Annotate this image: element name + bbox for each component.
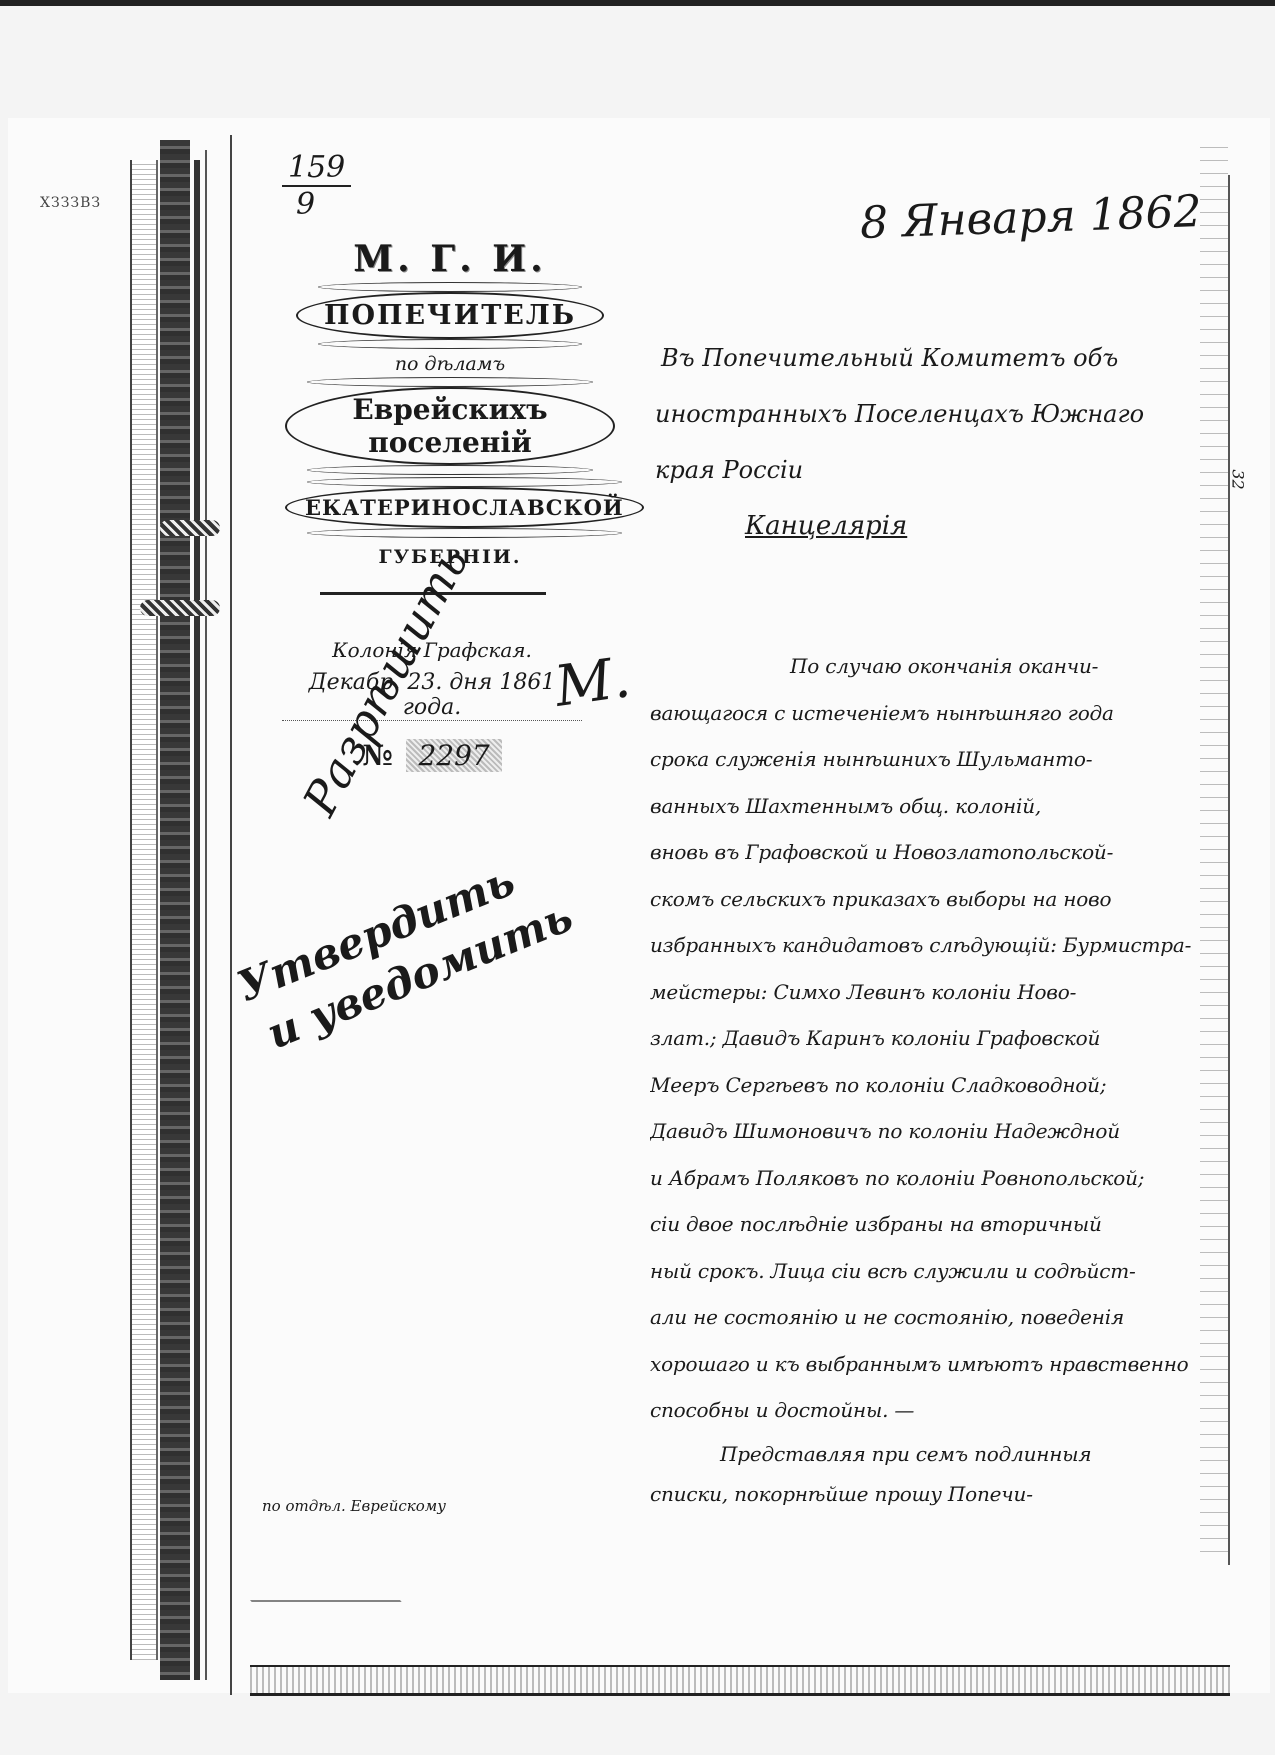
number-value: 2297 (406, 739, 501, 772)
body-line: ный срокъ. Лица сіи всѣ служили и содѣйс… (650, 1248, 1215, 1295)
binding-edge (194, 160, 200, 1680)
margin-initials: М. (551, 645, 634, 720)
letterhead-monogram: М. Г. И. (285, 238, 615, 280)
letterhead-ribbon: ЕКАТЕРИНОСЛАВСКОЙ (285, 487, 644, 528)
origin-date: Декабр. 23. дня 1861 года. (282, 670, 582, 721)
archive-number: 159 (282, 150, 351, 187)
body-line: избранныхъ кандидатовъ слѣдующій: Бурмис… (650, 922, 1215, 969)
page-right-edge (1228, 175, 1230, 1565)
letterhead-line-3: Еврейскихъ поселеній (352, 393, 547, 459)
letterhead-line-2: по дѣламъ (285, 353, 615, 375)
body-line: али не состоянію и не состоянію, поведен… (650, 1294, 1215, 1341)
body-line: скомъ сельскихъ приказахъ выборы на ново (650, 876, 1215, 923)
body-line: сіи двое послѣдніе избраны на вторичный (650, 1201, 1215, 1248)
addressee-line: Въ Попечительный Комитетъ объ (655, 330, 1215, 386)
printed-letterhead: М. Г. И. ПОПЕЧИТЕЛЬ по дѣламъ Еврейскихъ… (285, 238, 615, 568)
letterhead-title: ПОПЕЧИТЕЛЬ (324, 300, 576, 331)
body-line: вновь въ Графовской и Новозлатопольской- (650, 829, 1215, 876)
addressee-line: Канцелярія (655, 498, 1215, 554)
letter-body: По случаю окончанія оканчи- вающагося с … (650, 643, 1215, 1514)
page-bottom-edge (250, 1665, 1230, 1696)
body-line: Представляя при семъ подлинныя (650, 1434, 1215, 1474)
addressee-block: Въ Попечительный Комитетъ объ иностранны… (655, 330, 1215, 554)
body-line: вающагося с истеченіемъ нынѣшняго года (650, 690, 1215, 737)
body-line: хорошаго и къ выбраннымъ имѣютъ нравстве… (650, 1341, 1215, 1388)
archive-sub-number: 9 (282, 187, 351, 222)
addressee-line: иностранныхъ Поселенцахъ Южнаго (655, 386, 1215, 442)
body-line: По случаю окончанія оканчи- (650, 643, 1215, 690)
letterhead-ribbon: Еврейскихъ поселеній (285, 387, 615, 465)
left-margin-stamp: ХЗЗЗВЗ (40, 195, 101, 211)
body-line: срока служенія нынѣшнихъ Шульманто- (650, 736, 1215, 783)
body-line: Давидъ Шимоновичъ по колоніи Надеждной (650, 1108, 1215, 1155)
binding-thread (140, 600, 220, 616)
body-line: способны и достойны. — (650, 1387, 1215, 1434)
archive-folio-number: 159 9 (282, 150, 351, 222)
binding-strip (130, 160, 158, 1660)
binding-stack (160, 140, 190, 1680)
body-line: Мееръ Сергѣевъ по колоніи Сладководной; (650, 1062, 1215, 1109)
scanner-top-edge (0, 0, 1275, 6)
body-line: злат.; Давидъ Каринъ колоніи Графовской (650, 1015, 1215, 1062)
body-line: списки, покорнѣйше прошу Попечи- (650, 1474, 1215, 1514)
body-line: ванныхъ Шахтеннымъ общ. колоній, (650, 783, 1215, 830)
body-line: мейстеры: Симхо Левинъ колоніи Ново- (650, 969, 1215, 1016)
body-line: и Абрамъ Поляковъ по колоніи Ровнопольск… (650, 1155, 1215, 1202)
department-note: по отдѣл. Еврейскому (262, 1497, 446, 1515)
right-margin-number: 32 (1229, 469, 1248, 489)
file-binding-spine (120, 140, 240, 1700)
letterhead-line-4: ЕКАТЕРИНОСЛАВСКОЙ (305, 495, 624, 520)
binding-thread (160, 520, 220, 536)
letterhead-ribbon: ПОПЕЧИТЕЛЬ (296, 292, 604, 339)
addressee-line: края Россіи (655, 442, 1215, 498)
binding-line (205, 150, 207, 1680)
